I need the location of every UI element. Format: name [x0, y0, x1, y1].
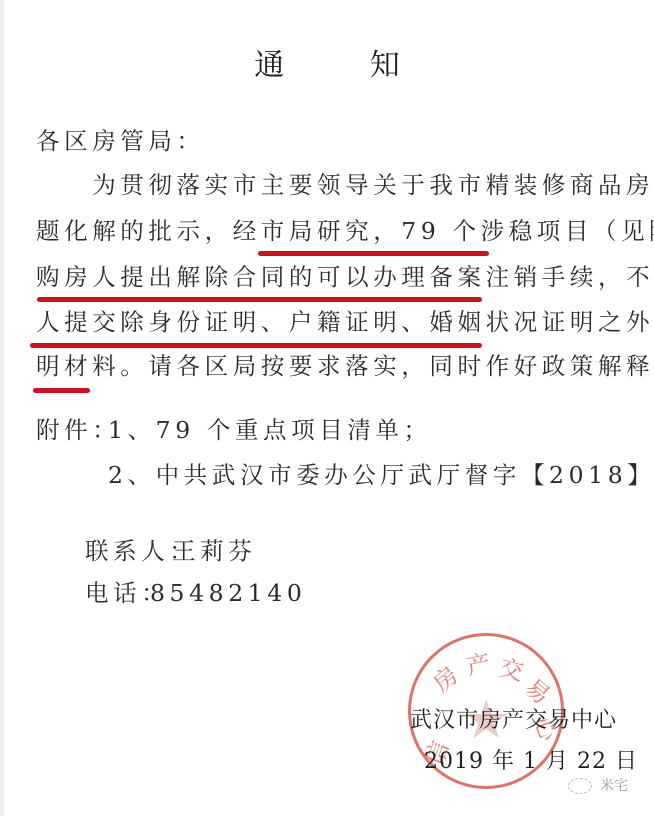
contact-person: 王莉芬	[172, 536, 256, 566]
watermark-text: 米宅	[600, 778, 628, 794]
issuer-name: 武汉市房产交易中心	[410, 703, 617, 734]
body-line-5: 明材料。请各区局按要求落实，同时作好政策解释。	[36, 351, 654, 381]
page-edge	[0, 0, 4, 816]
highlight-underline-3	[30, 343, 482, 348]
page-title: 通 知	[0, 40, 654, 84]
body-line-2: 题化解的批示，经市局研究，79 个涉稳项目（见附件），凡	[36, 216, 654, 246]
highlight-underline-1	[258, 251, 489, 256]
highlight-underline-2	[37, 297, 482, 302]
contact-phone: 85482140	[150, 578, 306, 608]
body-line-1: 为贯彻落实市主要领导关于我市精装修商品房信访问	[36, 170, 654, 200]
attachment-item-2: 2、中共武汉市委办公厅武厅督字【2018】286 号文	[108, 460, 654, 490]
wechat-icon	[568, 778, 592, 794]
highlight-underline-4	[33, 388, 90, 393]
salutation: 各区房管局：	[36, 126, 205, 156]
issue-date: 2019 年 1 月 22 日	[424, 744, 638, 775]
body-line-4: 人提交除身份证明、户籍证明、婚姻状况证明之外的其他证	[36, 307, 654, 337]
body-line-3: 购房人提出解除合同的可以办理备案注销手续，不要求购房	[36, 262, 654, 292]
attachment-item-1: 1、79 个重点项目清单；	[108, 415, 432, 445]
watermark: 米宅	[568, 775, 628, 795]
